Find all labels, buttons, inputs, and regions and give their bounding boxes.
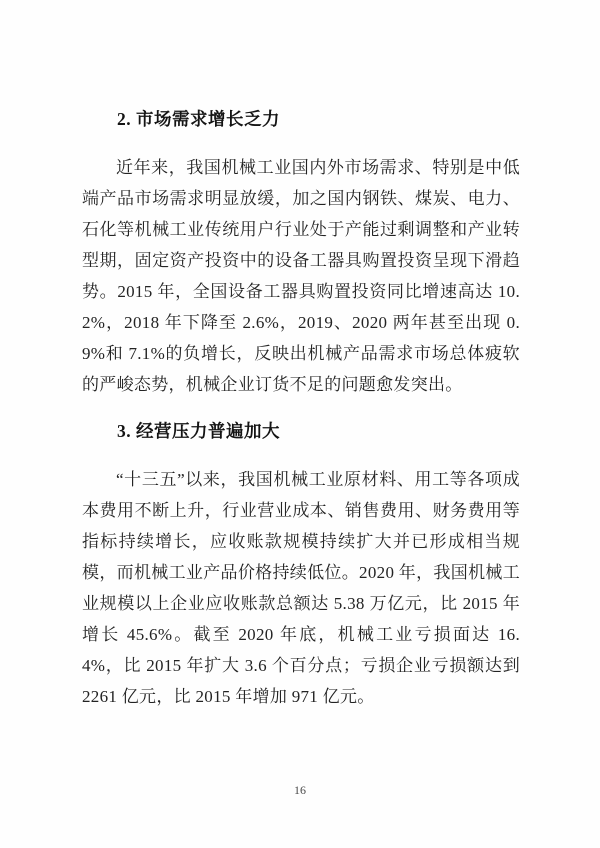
- section-paragraph-market-demand: 近年来，我国机械工业国内外市场需求、特别是中低端产品市场需求明显放缓，加之国内钢…: [82, 152, 520, 400]
- section-heading-operating-pressure: 3. 经营压力普遍加大: [82, 418, 520, 444]
- page-content: 2. 市场需求增长乏力 近年来，我国机械工业国内外市场需求、特别是中低端产品市场…: [82, 106, 520, 712]
- page-number: 16: [0, 783, 600, 798]
- section-paragraph-operating-pressure: “十三五”以来，我国机械工业原材料、用工等各项成本费用不断上升，行业营业成本、销…: [82, 464, 520, 712]
- document-page: 2. 市场需求增长乏力 近年来，我国机械工业国内外市场需求、特别是中低端产品市场…: [0, 0, 600, 848]
- section-heading-market-demand: 2. 市场需求增长乏力: [82, 106, 520, 132]
